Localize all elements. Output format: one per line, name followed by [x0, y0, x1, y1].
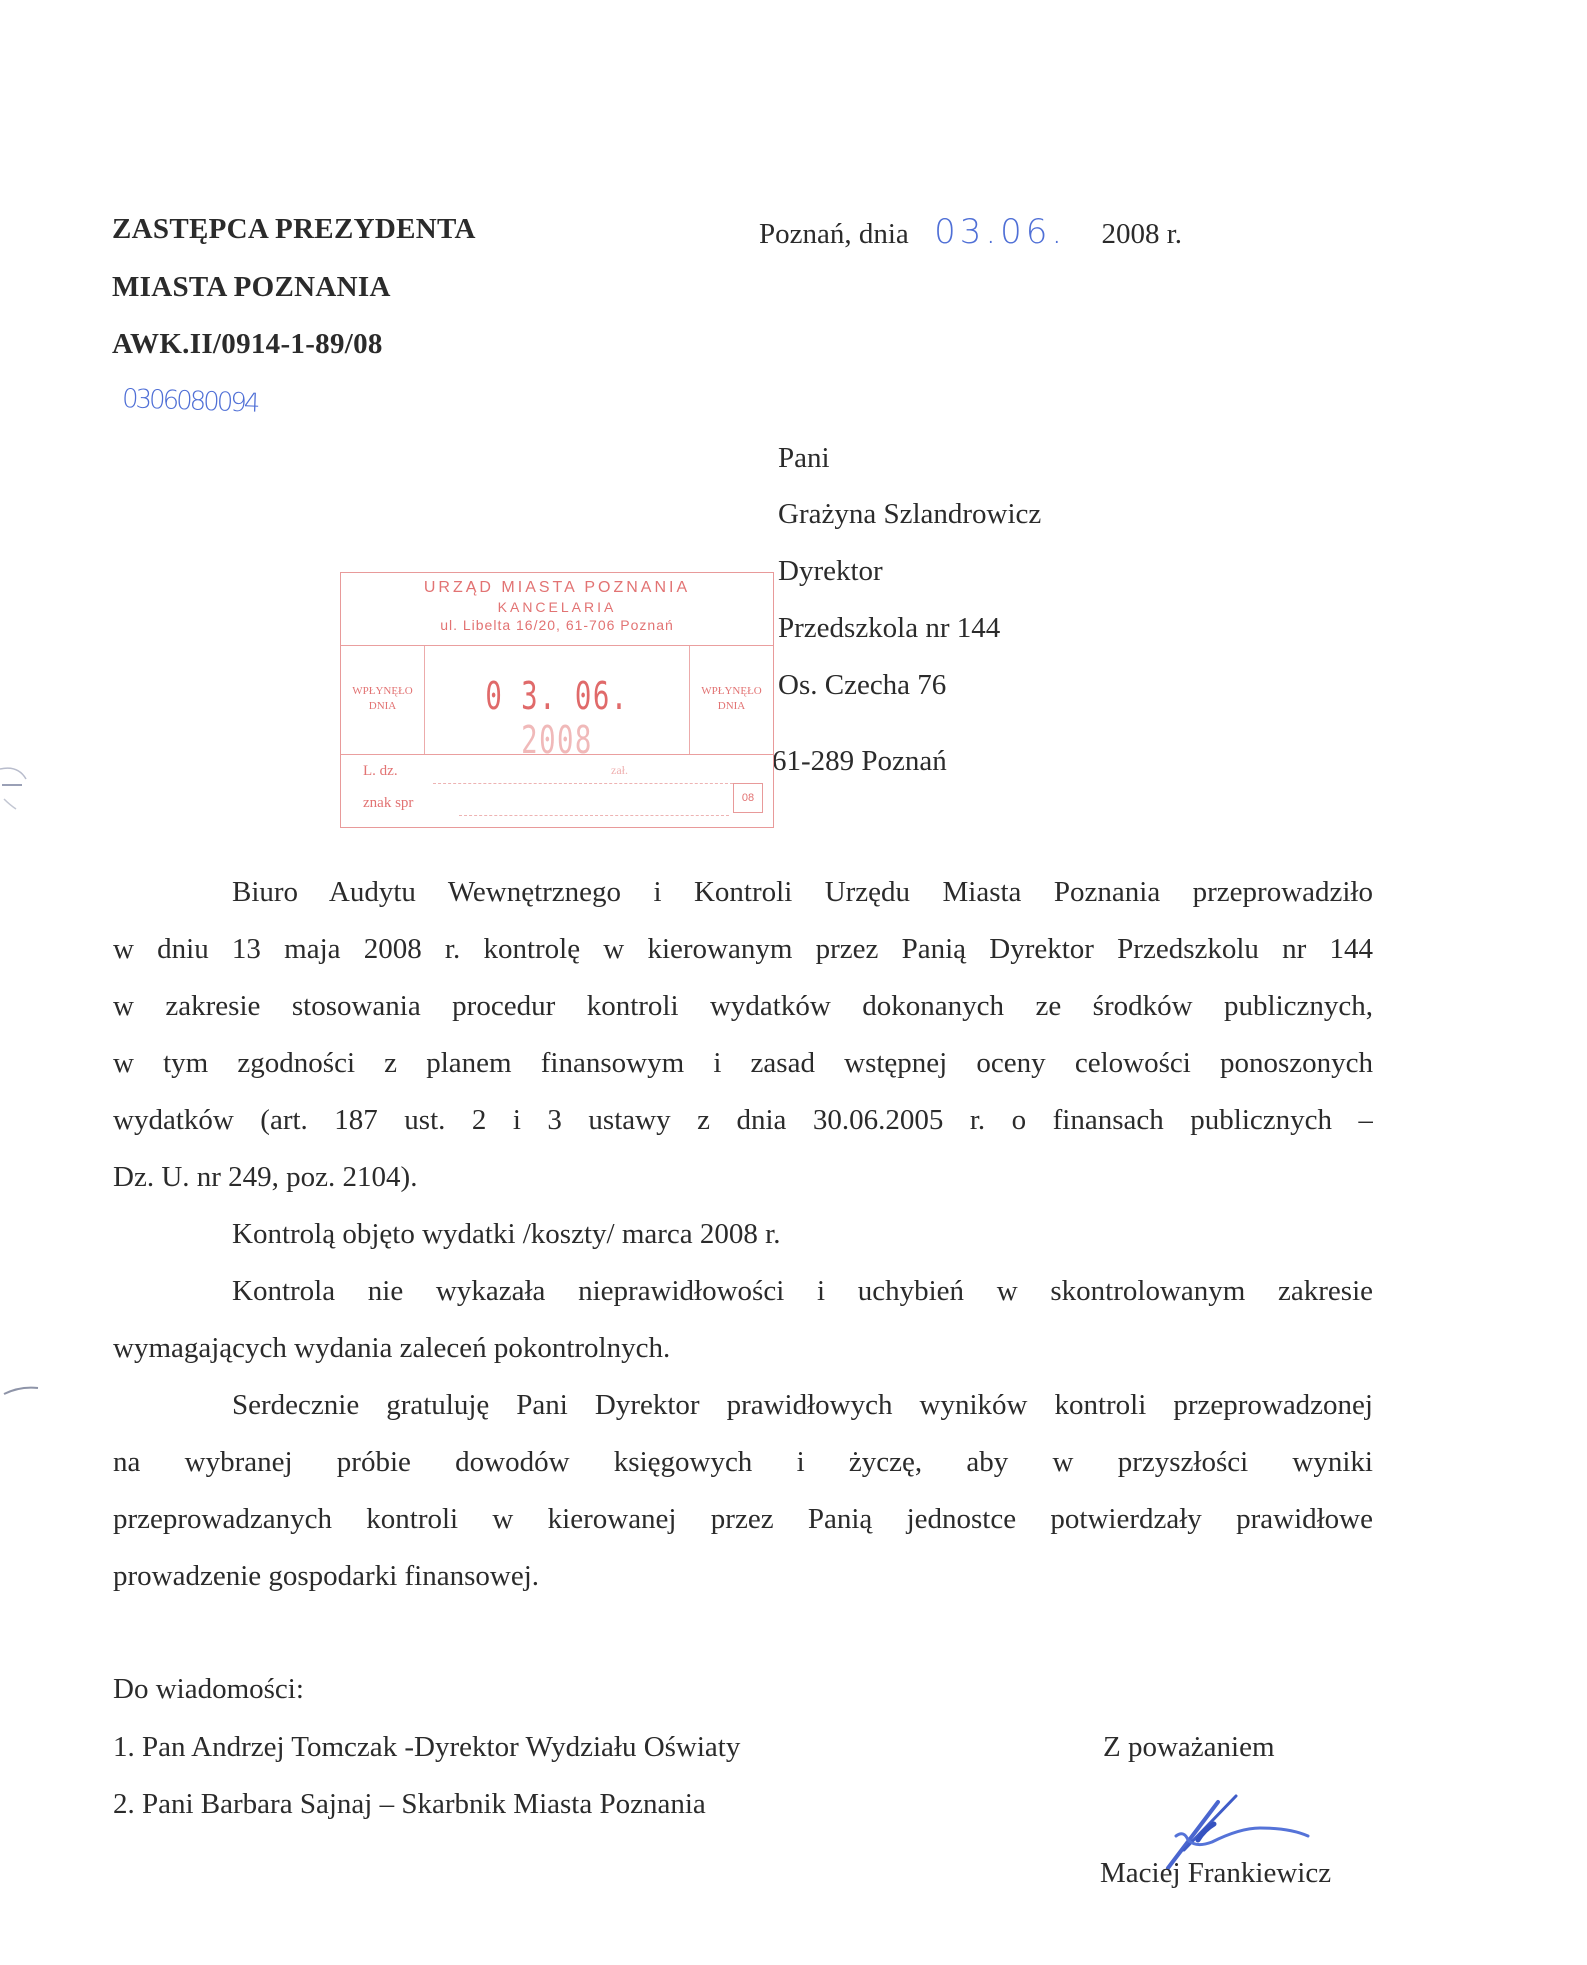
cc-item-2: 2. Pani Barbara Sajnaj – Skarbnik Miasta… — [113, 1788, 706, 1821]
handwritten-registry-number: 0306080094 — [121, 384, 257, 419]
stamp-office-name: URZĄD MIASTA POZNANIA — [341, 579, 773, 597]
recipient-city: 61-289 Poznań — [772, 745, 947, 778]
body-p1-line1: Biuro Audytu Wewnętrznego i Kontroli Urz… — [232, 876, 1373, 916]
recipient-name: Grażyna Szlandrowicz — [778, 498, 1041, 531]
stamp-received-row: WPŁYNĘŁO DNIA 0 3. 06. 2008 WPŁYNĘŁO DNI… — [341, 646, 773, 755]
body-p1-line5: wydatków (art. 187 ust. 2 i 3 ustawy z d… — [113, 1104, 1373, 1144]
sender-title-line2: MIASTA POZNANIA — [112, 271, 391, 304]
body-p3-line2: wymagających wydania zaleceń pokontrolny… — [113, 1332, 1373, 1372]
margin-mark-icon — [0, 1380, 50, 1410]
stamp-case-sign-label: znak spr — [363, 795, 413, 812]
stamp-received-date: 0 3. 06. 2008 — [463, 674, 650, 762]
date-line: Poznań, dnia 03.06. 2008 r. — [759, 212, 1182, 252]
stamp-received-label-left: WPŁYNĘŁO DNIA — [341, 646, 425, 754]
recipient-street: Os. Czecha 76 — [778, 669, 946, 702]
stamp-ldz-label: L. dz. — [363, 763, 398, 780]
body-p4-line1: Serdecznie gratuluję Pani Dyrektor prawi… — [232, 1389, 1373, 1429]
body-p4-line4: prowadzenie gospodarki finansowej. — [113, 1560, 1373, 1600]
recipient-institution: Przedszkola nr 144 — [778, 612, 1000, 645]
recipient-position: Dyrektor — [778, 555, 883, 588]
stamp-ldz-field — [433, 783, 733, 784]
body-p1-line4: w tym zgodności z planem finansowym i za… — [113, 1047, 1373, 1087]
sender-title-line1: ZASTĘPCA PREZYDENTA — [112, 213, 476, 246]
cc-item-1: 1. Pan Andrzej Tomczak -Dyrektor Wydział… — [113, 1731, 740, 1764]
reference-number: AWK.II/0914-1-89/08 — [112, 328, 383, 361]
stamp-registry-row: L. dz. zał. znak spr 08 — [341, 755, 773, 827]
stamp-address: ul. Libelta 16/20, 61-706 Poznań — [341, 617, 773, 633]
body-p3-line1: Kontrola nie wykazała nieprawidłowości i… — [232, 1275, 1373, 1315]
body-p1-line3: w zakresie stosowania procedur kontroli … — [113, 990, 1373, 1030]
margin-mark-icon — [0, 755, 40, 815]
signatory-name: Maciej Frankiewicz — [1100, 1857, 1331, 1890]
cc-label: Do wiadomości: — [113, 1673, 304, 1706]
body-p4-line2: na wybranej próbie dowodów księgowych i … — [113, 1446, 1373, 1486]
recipient-salutation: Pani — [778, 442, 830, 475]
handwritten-date: 03.06. — [934, 212, 1066, 252]
registry-stamp: URZĄD MIASTA POZNANIA KANCELARIA ul. Lib… — [340, 572, 774, 828]
body-p4-line3: przeprowadzanych kontroli w kierowanej p… — [113, 1503, 1373, 1543]
stamp-case-sign-field — [459, 815, 729, 816]
stamp-department: KANCELARIA — [341, 599, 773, 615]
closing-phrase: Z poważaniem — [1103, 1731, 1275, 1764]
stamp-received-label-right: WPŁYNĘŁO DNIA — [689, 646, 773, 754]
body-p2-line1: Kontrolą objęto wydatki /koszty/ marca 2… — [232, 1218, 1373, 1258]
body-p1-line6: Dz. U. nr 249, poz. 2104). — [113, 1161, 1373, 1201]
stamp-header: URZĄD MIASTA POZNANIA KANCELARIA ul. Lib… — [341, 573, 773, 646]
body-p1-line2: w dniu 13 maja 2008 r. kontrolę w kierow… — [113, 933, 1373, 973]
stamp-attachment-label: zał. — [611, 763, 628, 778]
stamp-box-value: 08 — [733, 783, 763, 813]
date-prefix: Poznań, dnia — [759, 218, 909, 250]
date-year: 2008 r. — [1101, 218, 1182, 250]
